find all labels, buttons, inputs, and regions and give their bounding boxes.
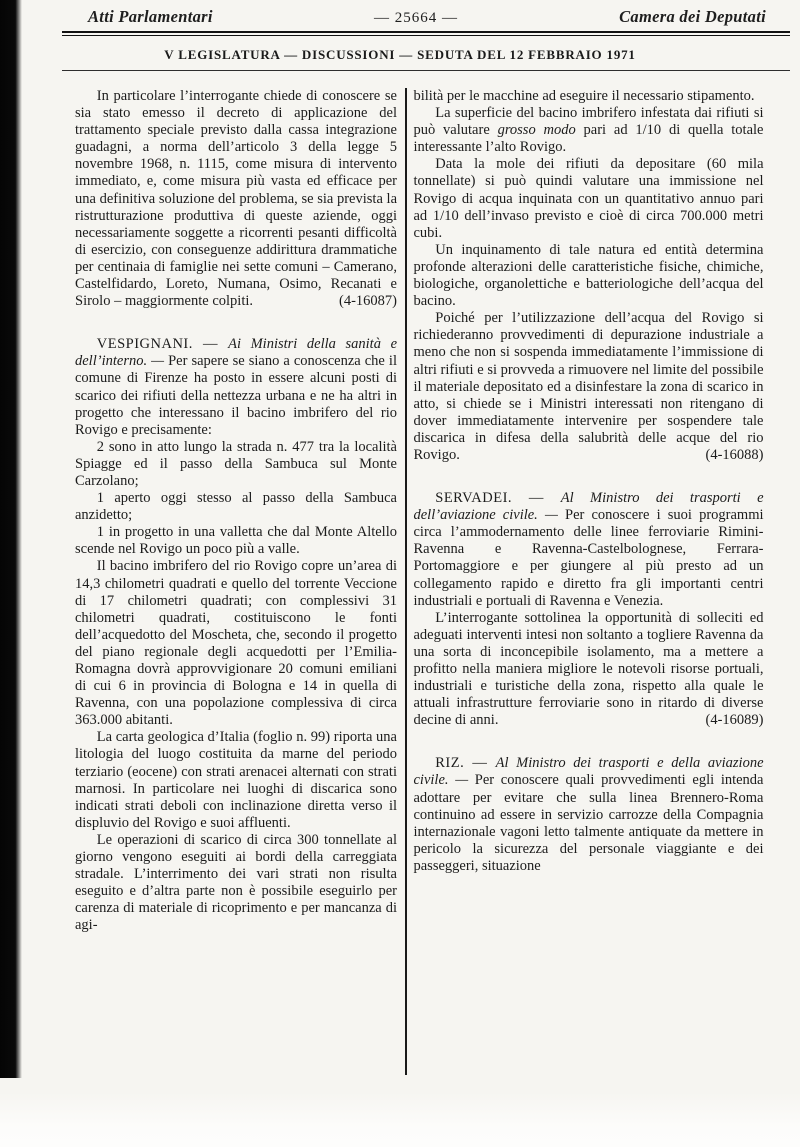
paragraph-text: In particolare l’interrogante chiede di …: [75, 88, 397, 309]
page-header: Atti Parlamentari — 25664 — Camera dei D…: [88, 7, 766, 27]
page-number: — 25664 —: [374, 10, 458, 27]
paragraph-text: 1 in progetto in una valletta che dal Mo…: [75, 524, 397, 557]
speaker-name: SERVADEI. —: [435, 490, 561, 506]
paragraph: Le operazioni di scarico di circa 300 to…: [75, 832, 397, 935]
interrogation-ref: (4-16088): [684, 447, 764, 464]
paragraph-text: 1 aperto oggi stesso al passo della Samb…: [75, 490, 397, 523]
paragraph: 2 sono in atto lungo la strada n. 477 tr…: [75, 439, 397, 490]
scan-gutter-shadow: [0, 0, 22, 1078]
paragraph: La carta geologica d’Italia (foglio n. 9…: [75, 729, 397, 832]
paragraph: RIZ. — Al Ministro dei trasporti e della…: [414, 755, 764, 875]
interrogation-ref: (4-16089): [684, 712, 764, 729]
paragraph: Data la mole dei rifiuti da depositare (…: [414, 156, 764, 241]
paragraph-text: La carta geologica d’Italia (foglio n. 9…: [75, 729, 397, 830]
paragraph-text: 2 sono in atto lungo la strada n. 477 tr…: [75, 439, 397, 489]
italic-phrase: grosso modo: [498, 122, 576, 138]
interrogation-ref: (4-16087): [317, 293, 397, 310]
paragraph: SERVADEI. — Al Ministro dei trasporti e …: [414, 490, 764, 610]
paragraph-text: Poiché per l’utilizzazione dell’acqua de…: [414, 310, 764, 463]
paragraph-text: L’interrogante sottolinea la opportunità…: [414, 610, 764, 729]
speaker-name: RIZ. —: [435, 755, 495, 771]
paragraph: VESPIGNANI. — Ai Ministri della sanità e…: [75, 336, 397, 439]
paragraph-text: bilità per le macchine ad eseguire il ne…: [414, 88, 755, 104]
paragraph: L’interrogante sottolinea la opportunità…: [414, 610, 764, 730]
paragraph: bilità per le macchine ad eseguire il ne…: [414, 88, 764, 105]
session-line: V LEGISLATURA — DISCUSSIONI — SEDUTA DEL…: [0, 47, 800, 63]
left-column: In particolare l’interrogante chiede di …: [75, 88, 397, 1075]
paragraph-text: Il bacino imbrifero del rio Rovigo copre…: [75, 558, 397, 728]
paragraph-text: Data la mole dei rifiuti da depositare (…: [414, 156, 764, 240]
paragraph: 1 in progetto in una valletta che dal Mo…: [75, 524, 397, 558]
page-bottom-fade: [0, 1092, 800, 1147]
paragraph: Il bacino imbrifero del rio Rovigo copre…: [75, 558, 397, 729]
paragraph: In particolare l’interrogante chiede di …: [75, 88, 397, 310]
header-double-rule: [62, 31, 790, 36]
header-sub-rule: [62, 70, 790, 71]
paragraph: 1 aperto oggi stesso al passo della Samb…: [75, 490, 397, 524]
paragraph-text: Le operazioni di scarico di circa 300 to…: [75, 832, 397, 933]
right-column: bilità per le macchine ad eseguire il ne…: [414, 88, 764, 1075]
paragraph: Poiché per l’utilizzazione dell’acqua de…: [414, 310, 764, 464]
chamber-title: Camera dei Deputati: [619, 7, 766, 27]
paragraph: La superficie del bacino imbrifero infes…: [414, 105, 764, 156]
journal-title: Atti Parlamentari: [88, 7, 213, 27]
paragraph: Un inquinamento di tale natura ed entità…: [414, 242, 764, 310]
column-divider: [405, 88, 407, 1075]
text-columns: In particolare l’interrogante chiede di …: [75, 88, 765, 1075]
speaker-name: VESPIGNANI. —: [97, 336, 228, 352]
paragraph-text: Un inquinamento di tale natura ed entità…: [414, 242, 764, 309]
